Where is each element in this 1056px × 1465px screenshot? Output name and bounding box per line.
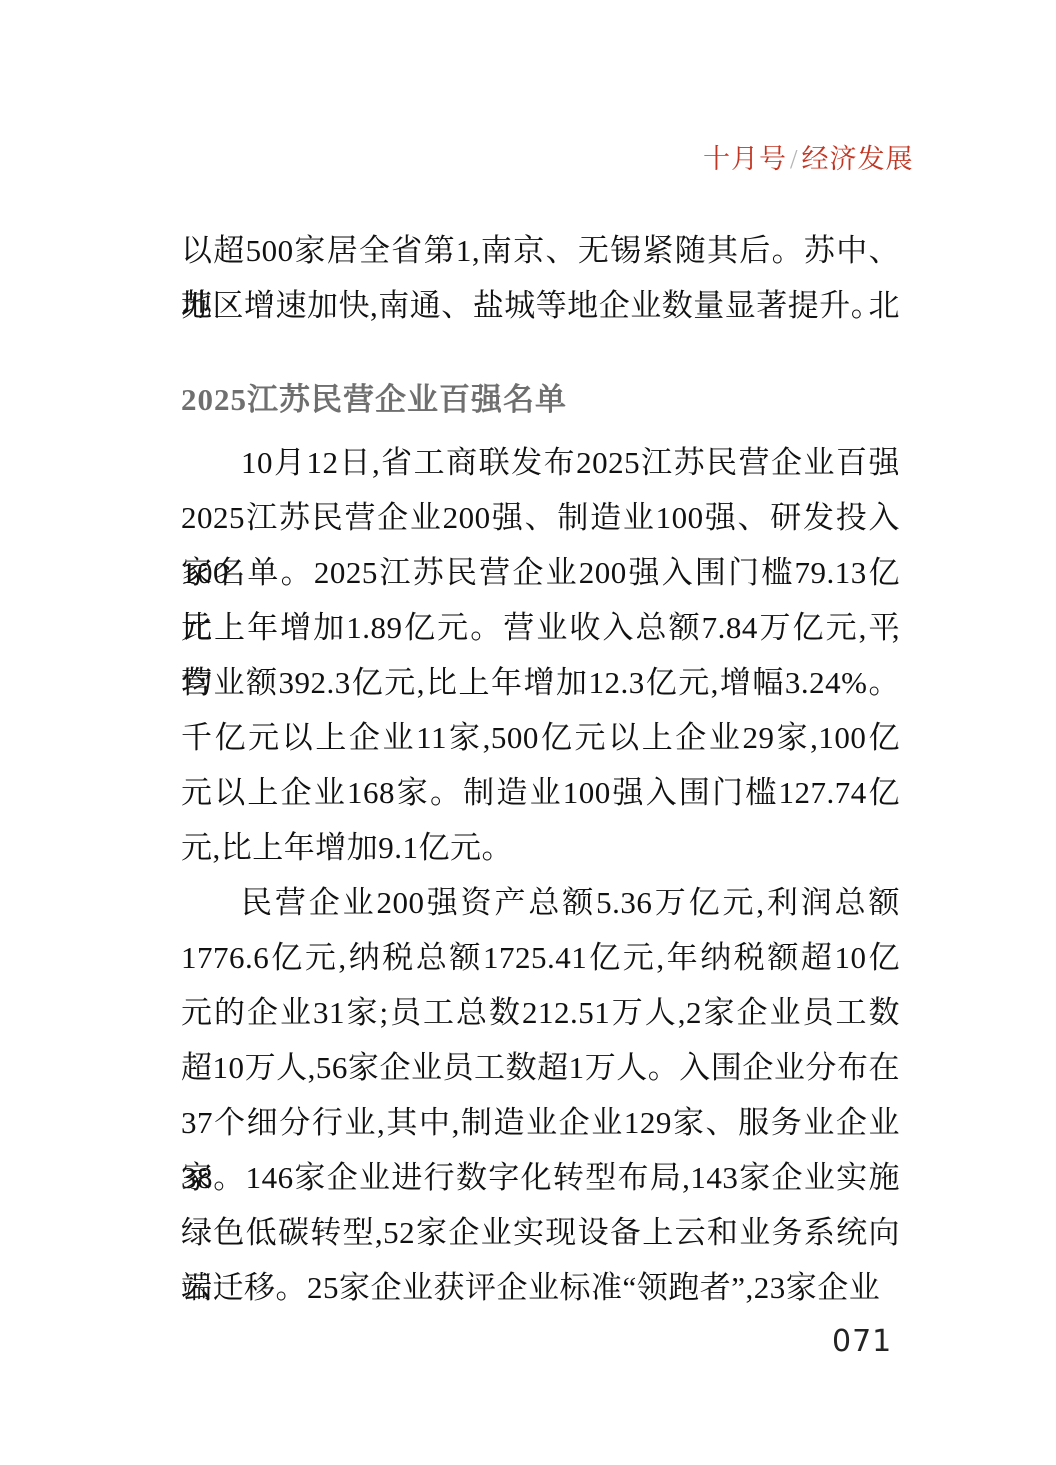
text-line: 比上年增加1.89亿元。营业收入总额7.84万亿元,平均 (181, 600, 900, 655)
text-line: 家。146家企业进行数字化转型布局,143家企业实施 (181, 1150, 900, 1205)
text-line: 超10万人,56家企业员工数超1万人。入围企业分布在 (181, 1040, 900, 1095)
text-line: 1776.6亿元,纳税总额1725.41亿元,年纳税额超10亿 (181, 930, 900, 985)
text-line: 端迁移。25家企业获评企业标准“领跑者”,23家企业 (181, 1260, 900, 1315)
magazine-page: 十月号/经济发展 以超500家居全省第1,南京、无锡紧随其后。苏中、苏北 地区增… (0, 0, 1056, 1465)
text-line: 民营企业200强资产总额5.36万亿元,利润总额 (181, 875, 900, 930)
text-line: 2025江苏民营企业200强、制造业100强、研发投入100 (181, 490, 900, 545)
page-header: 十月号/经济发展 (703, 137, 914, 176)
text-line: 元的企业31家;员工总数212.51万人,2家企业员工数 (181, 985, 900, 1040)
slash-separator: / (787, 144, 802, 174)
text-line: 37个细分行业,其中,制造业企业129家、服务业企业38 (181, 1095, 900, 1150)
section-heading: 2025江苏民营企业百强名单 (181, 372, 900, 427)
text-line: 家名单。2025江苏民营企业200强入围门槛79.13亿元, (181, 545, 900, 600)
text-line: 元以上企业168家。制造业100强入围门槛127.74亿 (181, 765, 900, 820)
text-line: 营业额392.3亿元,比上年增加12.3亿元,增幅3.24%。 (181, 655, 900, 710)
text-line: 地区增速加快,南通、盐城等地企业数量显著提升。 (181, 278, 900, 333)
section-heading-block: 2025江苏民营企业百强名单 (181, 372, 900, 427)
text-line: 元,比上年增加9.1亿元。 (181, 820, 900, 875)
text-line: 以超500家居全省第1,南京、无锡紧随其后。苏中、苏北 (181, 223, 900, 278)
text-line: 千亿元以上企业11家,500亿元以上企业29家,100亿 (181, 710, 900, 765)
page-number: 071 (832, 1324, 892, 1359)
section-label: 经济发展 (802, 144, 914, 174)
paragraph: 民营企业200强资产总额5.36万亿元,利润总额 1776.6亿元,纳税总额17… (181, 875, 900, 1315)
issue-label: 十月号 (703, 144, 787, 174)
text-line: 10月12日,省工商联发布2025江苏民营企业百强 (181, 435, 900, 490)
text-line: 绿色低碳转型,52家企业实现设备上云和业务系统向云 (181, 1205, 900, 1260)
paragraph-intro: 以超500家居全省第1,南京、无锡紧随其后。苏中、苏北 地区增速加快,南通、盐城… (181, 223, 900, 333)
paragraph: 10月12日,省工商联发布2025江苏民营企业百强 2025江苏民营企业200强… (181, 435, 900, 875)
